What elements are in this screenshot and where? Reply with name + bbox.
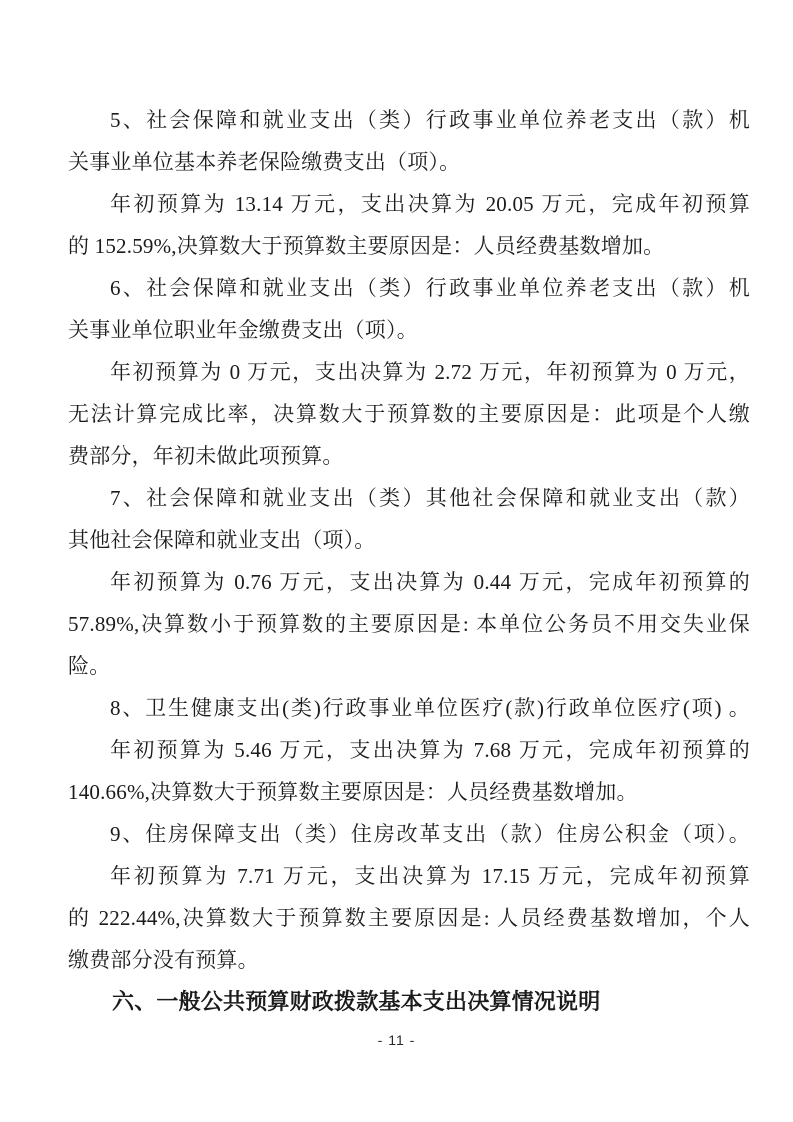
- paragraph-item-7-title: 7、社会保障和就业支出（类）其他社会保障和就业支出（款） 其他社会保障和就业支出…: [68, 477, 750, 561]
- paragraph-item-6-detail: 年初预算为 0 万元，支出决算为 2.72 万元，年初预算为 0 万元， 无法计…: [68, 351, 750, 477]
- text-line: 无法计算完成比率，决算数大于预算数的主要原因是：此项是个人缴: [68, 393, 750, 435]
- text-line: 年初预算为 0.76 万元，支出决算为 0.44 万元，完成年初预算的: [68, 561, 750, 603]
- text-line: 的 222.44%,决算数大于预算数主要原因是: 人员经费基数增加，个人: [68, 897, 750, 939]
- paragraph-item-6-title: 6、社会保障和就业支出（类）行政事业单位养老支出（款）机 关事业单位职业年金缴费…: [68, 267, 750, 351]
- document-page: 5、社会保障和就业支出（类）行政事业单位养老支出（款）机 关事业单位基本养老保险…: [0, 0, 793, 1122]
- text-line: 年初预算为 13.14 万元，支出决算为 20.05 万元，完成年初预算: [68, 183, 750, 225]
- text-line: 6、社会保障和就业支出（类）行政事业单位养老支出（款）机: [68, 267, 750, 309]
- document-body: 5、社会保障和就业支出（类）行政事业单位养老支出（款）机 关事业单位基本养老保险…: [68, 99, 750, 1023]
- text-line: 年初预算为 5.46 万元，支出决算为 7.68 万元，完成年初预算的: [68, 729, 750, 771]
- paragraph-item-9-detail: 年初预算为 7.71 万元，支出决算为 17.15 万元，完成年初预算 的 22…: [68, 855, 750, 981]
- section-heading: 六、一般公共预算财政拨款基本支出决算情况说明: [68, 981, 750, 1023]
- text-line: 7、社会保障和就业支出（类）其他社会保障和就业支出（款）: [68, 477, 750, 519]
- text-line: 关事业单位职业年金缴费支出（项）。: [68, 309, 750, 351]
- section-heading-text: 六、一般公共预算财政拨款基本支出决算情况说明: [68, 981, 750, 1023]
- paragraph-item-5-title: 5、社会保障和就业支出（类）行政事业单位养老支出（款）机 关事业单位基本养老保险…: [68, 99, 750, 183]
- paragraph-item-5-detail: 年初预算为 13.14 万元，支出决算为 20.05 万元，完成年初预算 的 1…: [68, 183, 750, 267]
- page-number: - 11 -: [0, 1032, 793, 1048]
- text-line: 费部分，年初未做此项预算。: [68, 435, 750, 477]
- text-line: 的 152.59%,决算数大于预算数主要原因是：人员经费基数增加。: [68, 225, 750, 267]
- text-line: 年初预算为 7.71 万元，支出决算为 17.15 万元，完成年初预算: [68, 855, 750, 897]
- text-line: 8、卫生健康支出(类)行政事业单位医疗(款)行政单位医疗(项) 。: [68, 687, 750, 729]
- text-line: 关事业单位基本养老保险缴费支出（项）。: [68, 141, 750, 183]
- text-line: 5、社会保障和就业支出（类）行政事业单位养老支出（款）机: [68, 99, 750, 141]
- text-line: 140.66%,决算数大于预算数主要原因是：人员经费基数增加。: [68, 771, 750, 813]
- paragraph-item-9-title: 9、住房保障支出（类）住房改革支出（款）住房公积金（项）。: [68, 813, 750, 855]
- text-line: 险。: [68, 645, 750, 687]
- paragraph-item-8-detail: 年初预算为 5.46 万元，支出决算为 7.68 万元，完成年初预算的 140.…: [68, 729, 750, 813]
- text-line: 57.89%,决算数小于预算数的主要原因是: 本单位公务员不用交失业保: [68, 603, 750, 645]
- text-line: 缴费部分没有预算。: [68, 939, 750, 981]
- text-line: 9、住房保障支出（类）住房改革支出（款）住房公积金（项）。: [68, 813, 750, 855]
- text-line: 其他社会保障和就业支出（项）。: [68, 519, 750, 561]
- paragraph-item-7-detail: 年初预算为 0.76 万元，支出决算为 0.44 万元，完成年初预算的 57.8…: [68, 561, 750, 687]
- paragraph-item-8-title: 8、卫生健康支出(类)行政事业单位医疗(款)行政单位医疗(项) 。: [68, 687, 750, 729]
- text-line: 年初预算为 0 万元，支出决算为 2.72 万元，年初预算为 0 万元，: [68, 351, 750, 393]
